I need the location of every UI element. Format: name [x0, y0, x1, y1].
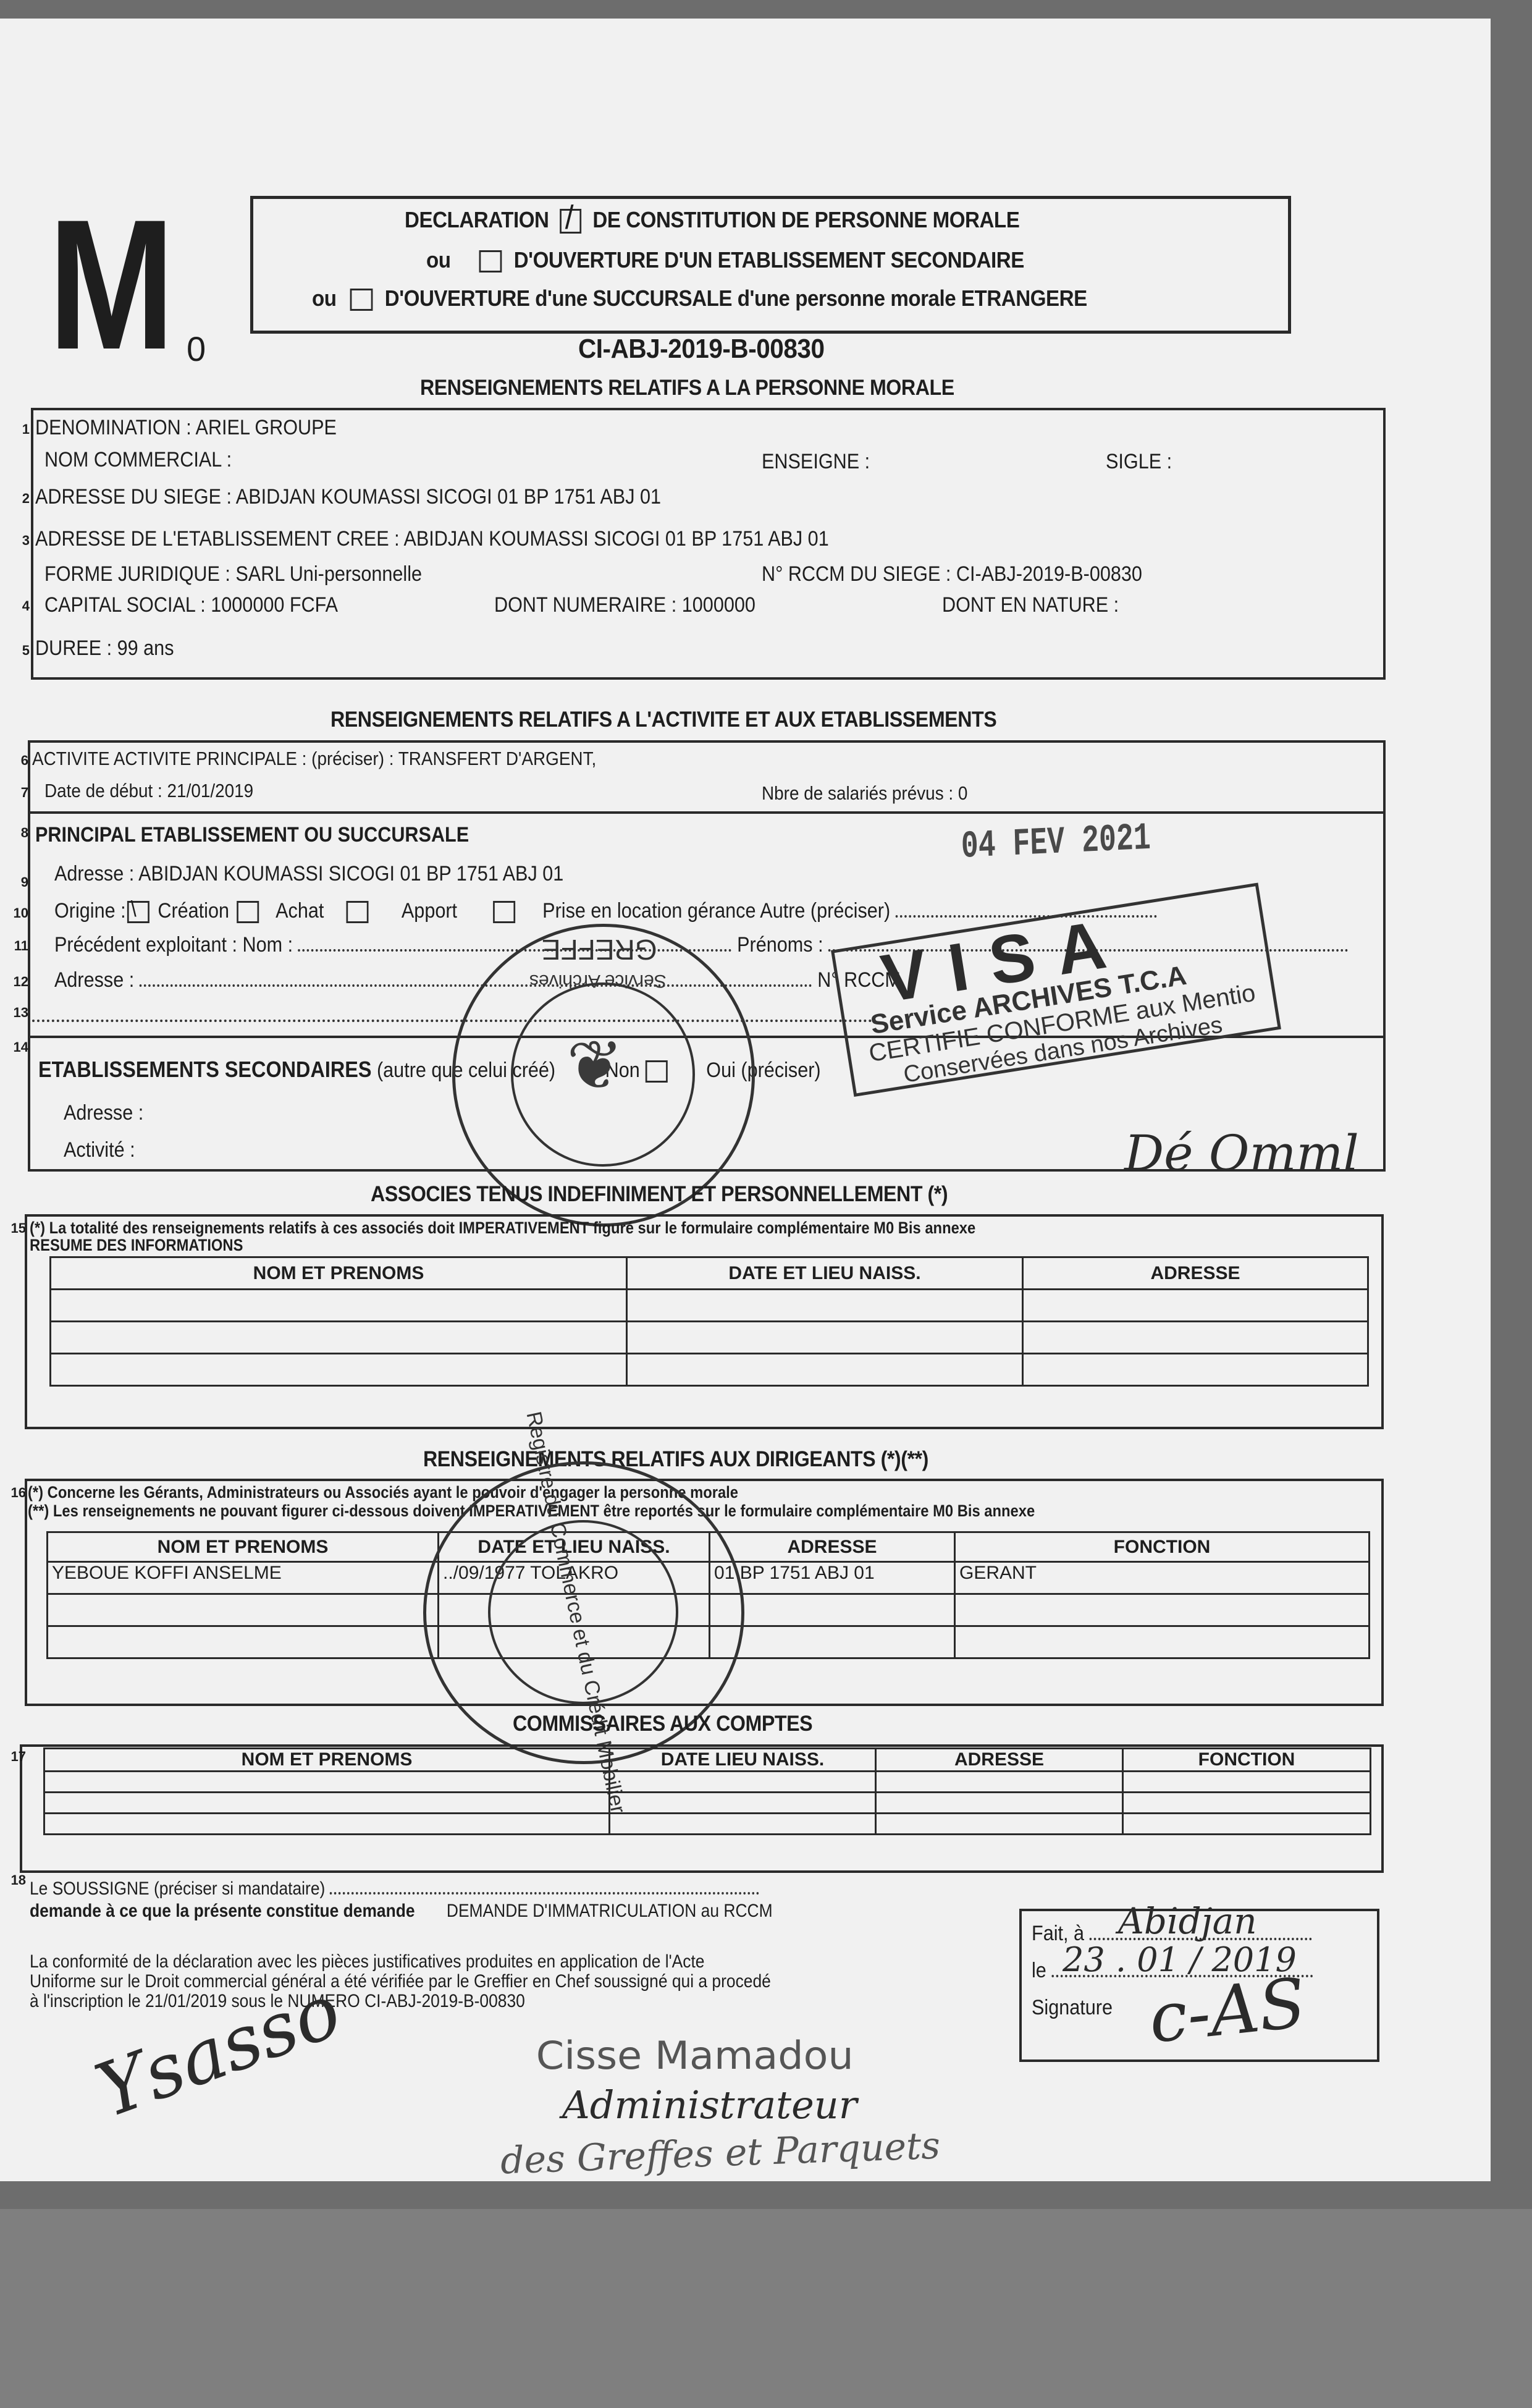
- declarant-signature: c-AS: [1145, 1963, 1310, 2058]
- table-cell[interactable]: [876, 1793, 1123, 1814]
- row-number: 3: [7, 533, 30, 549]
- commissaires-title: COMMISSAIRES AUX COMPTES: [513, 1712, 812, 1736]
- row-number: 12: [6, 974, 28, 990]
- table-row: [44, 1814, 1371, 1835]
- activite-principale: ACTIVITE ACTIVITE PRINCIPALE : (préciser…: [32, 748, 596, 770]
- divider: [28, 811, 1383, 814]
- table-cell[interactable]: [610, 1814, 876, 1835]
- resume-informations: RESUME DES INFORMATIONS: [30, 1236, 243, 1255]
- associes-table: NOM ET PRENOMS DATE ET LIEU NAISS. ADRES…: [49, 1256, 1369, 1387]
- check-mark-icon: /: [565, 201, 573, 234]
- row-number: 11: [6, 938, 28, 954]
- commissaires-table: NOM ET PRENOMS DATE LIEU NAISS. ADRESSE …: [43, 1747, 1371, 1835]
- form-code-letter: M: [48, 204, 172, 365]
- table-cell[interactable]: GERANT: [955, 1562, 1370, 1594]
- activite-title: RENSEIGNEMENTS RELATIFS A L'ACTIVITE ET …: [330, 708, 996, 732]
- conformite-line-2: Uniforme sur le Droit commercial général…: [30, 1971, 771, 1992]
- greffe-stamp-inner-text: Service Archives: [529, 970, 667, 991]
- table-cell[interactable]: [51, 1290, 627, 1322]
- demande-line: demande à ce que la présente constitue d…: [30, 1901, 773, 1922]
- table-cell[interactable]: [710, 1594, 955, 1626]
- row-number: 9: [6, 874, 28, 890]
- column-header: NOM ET PRENOMS: [48, 1532, 439, 1562]
- table-row: [51, 1290, 1368, 1322]
- associes-title: ASSOCIES TENUS INDEFINIMENT ET PERSONNEL…: [371, 1182, 948, 1207]
- table-cell[interactable]: [1123, 1793, 1371, 1814]
- dont-nature: DONT EN NATURE :: [942, 593, 1119, 617]
- capital-social: CAPITAL SOCIAL : 1000000 FCFA: [44, 593, 338, 617]
- origine-row: Origine :\ Création Achat Apport Prise e…: [54, 899, 1157, 923]
- check-mark-icon: \: [131, 898, 137, 920]
- column-header: DATE LIEU NAISS.: [610, 1749, 876, 1772]
- origine-location-checkbox[interactable]: [493, 901, 515, 923]
- greffe-stamp: GREFFE Service Archives ❦: [452, 924, 755, 1227]
- conformite-line-1: La conformité de la déclaration avec les…: [30, 1951, 704, 1972]
- table-cell[interactable]: [610, 1793, 876, 1814]
- column-header: DATE ET LIEU NAISS.: [627, 1257, 1023, 1290]
- constitution-checkbox[interactable]: /: [560, 209, 581, 234]
- row-number: 10: [6, 905, 28, 921]
- etab-activite: Activité :: [64, 1138, 135, 1162]
- row-number: 2: [7, 491, 30, 507]
- row-number: 14: [6, 1039, 28, 1055]
- table-cell[interactable]: [1023, 1290, 1368, 1322]
- table-cell[interactable]: [610, 1772, 876, 1793]
- column-header: ADRESSE: [710, 1532, 955, 1562]
- column-header: NOM ET PRENOMS: [44, 1749, 610, 1772]
- table-cell[interactable]: [48, 1594, 439, 1626]
- sigle: SIGLE :: [1106, 450, 1172, 474]
- table-cell[interactable]: [1123, 1772, 1371, 1793]
- origine-achat-checkbox[interactable]: [237, 901, 259, 923]
- fait-a-value: Abidjan: [1118, 1900, 1257, 1942]
- adresse-etablissement: ADRESSE DE L'ETABLISSEMENT CREE : ABIDJA…: [35, 527, 829, 551]
- personne-morale-title: RENSEIGNEMENTS RELATIFS A LA PERSONNE MO…: [420, 376, 954, 400]
- table-row: [51, 1322, 1368, 1354]
- soussigne: Le SOUSSIGNE (préciser si mandataire): [30, 1878, 759, 1899]
- table-cell[interactable]: [627, 1290, 1023, 1322]
- rccm-number: CI-ABJ-2019-B-00830: [578, 334, 825, 365]
- table-cell[interactable]: [955, 1626, 1370, 1658]
- principal-etablissement-title: PRINCIPAL ETABLISSEMENT OU SUCCURSALE: [35, 823, 469, 847]
- nom-commercial: NOM COMMERCIAL :: [44, 448, 232, 472]
- declaration-line-1: DECLARATION / DE CONSTITUTION DE PERSONN…: [405, 207, 1019, 234]
- row-number: 5: [7, 643, 30, 659]
- table-cell[interactable]: [627, 1322, 1023, 1354]
- row-number: 15: [1, 1220, 26, 1236]
- table-cell[interactable]: [876, 1772, 1123, 1793]
- form-code-sub: 0: [187, 329, 206, 369]
- column-header: NOM ET PRENOMS: [51, 1257, 627, 1290]
- dont-numeraire: DONT NUMERAIRE : 1000000: [494, 593, 755, 617]
- admin-name: Cisse Mamadou: [536, 2033, 854, 2078]
- enseigne: ENSEIGNE :: [762, 450, 870, 474]
- admin-subtitle: des Greffes et Parquets: [500, 2124, 941, 2183]
- duree: DUREE : 99 ans: [35, 636, 174, 661]
- date-stamp: 04 FEV 2021: [961, 816, 1151, 869]
- forme-juridique: FORME JURIDIQUE : SARL Uni-personnelle: [44, 562, 422, 586]
- table-cell[interactable]: [44, 1793, 610, 1814]
- greffe-stamp-top: GREFFE: [542, 933, 657, 966]
- table-cell[interactable]: YEBOUE KOFFI ANSELME: [48, 1562, 439, 1594]
- table-cell[interactable]: [44, 1814, 610, 1835]
- dotted-line: [32, 1020, 872, 1022]
- soussigne-field[interactable]: [330, 1881, 759, 1895]
- table-cell[interactable]: [51, 1322, 627, 1354]
- row-number: 8: [6, 825, 28, 841]
- column-header: FONCTION: [1123, 1749, 1371, 1772]
- column-header: FONCTION: [955, 1532, 1370, 1562]
- row-number: 4: [7, 598, 30, 614]
- etablissement-secondaire-checkbox[interactable]: [479, 250, 502, 272]
- table-row: [44, 1772, 1371, 1793]
- denomination: DENOMINATION : ARIEL GROUPE: [35, 416, 337, 440]
- table-cell[interactable]: [876, 1814, 1123, 1835]
- declaration-line-2: ou D'OUVERTURE D'UN ETABLISSEMENT SECOND…: [426, 247, 1024, 273]
- etab-adresse: Adresse :: [64, 1101, 143, 1125]
- document-page: M 0 DECLARATION / DE CONSTITUTION DE PER…: [0, 19, 1491, 2181]
- origine-apport-checkbox[interactable]: [346, 901, 368, 923]
- date-debut: Date de début : 21/01/2019: [44, 780, 253, 802]
- table-cell[interactable]: [44, 1772, 610, 1793]
- nbre-salaries: Nbre de salariés prévus : 0: [762, 782, 967, 805]
- column-header: ADRESSE: [1023, 1257, 1368, 1290]
- greffe-stamp-emblem: ❦: [566, 1026, 623, 1105]
- table-cell[interactable]: [1023, 1354, 1368, 1386]
- table-row: [51, 1354, 1368, 1386]
- row-number: 6: [6, 753, 28, 769]
- signature-label: Signature: [1032, 1996, 1113, 2020]
- row-number: 1: [7, 421, 30, 437]
- dirigeants-title: RENSEIGNEMENTS RELATIFS AUX DIRIGEANTS (…: [423, 1447, 928, 1472]
- principal-adresse: Adresse : ABIDJAN KOUMASSI SICOGI 01 BP …: [54, 862, 563, 886]
- admin-title: Administrateur: [562, 2082, 857, 2127]
- table-cell[interactable]: 01 BP 1751 ABJ 01: [710, 1562, 955, 1594]
- origine-creation-checkbox[interactable]: \: [127, 901, 149, 923]
- declaration-line-3: ou D'OUVERTURE d'une SUCCURSALE d'une pe…: [312, 285, 1087, 311]
- row-number: 16: [1, 1485, 26, 1501]
- table-cell[interactable]: [1123, 1814, 1371, 1835]
- adresse-siege: ADRESSE DU SIEGE : ABIDJAN KOUMASSI SICO…: [35, 485, 661, 509]
- succursale-checkbox[interactable]: [350, 289, 372, 311]
- table-cell[interactable]: [48, 1626, 439, 1658]
- table-cell[interactable]: [710, 1626, 955, 1658]
- row-number: 17: [1, 1749, 26, 1765]
- table-cell[interactable]: [1023, 1322, 1368, 1354]
- row-number: 7: [6, 785, 28, 801]
- table-cell[interactable]: [955, 1594, 1370, 1626]
- archives-signature: Dé Omml: [1124, 1125, 1359, 1182]
- row-number: 13: [6, 1005, 28, 1021]
- associes-note: (*) La totalité des renseignements relat…: [30, 1219, 975, 1238]
- column-header: ADRESSE: [876, 1749, 1123, 1772]
- table-row: [44, 1793, 1371, 1814]
- rccm-siege: N° RCCM DU SIEGE : CI-ABJ-2019-B-00830: [762, 562, 1142, 586]
- table-cell[interactable]: [627, 1354, 1023, 1386]
- table-cell[interactable]: [51, 1354, 627, 1386]
- row-number: 18: [1, 1872, 26, 1888]
- precedent-adresse: Adresse : N° RCCM: [54, 968, 901, 992]
